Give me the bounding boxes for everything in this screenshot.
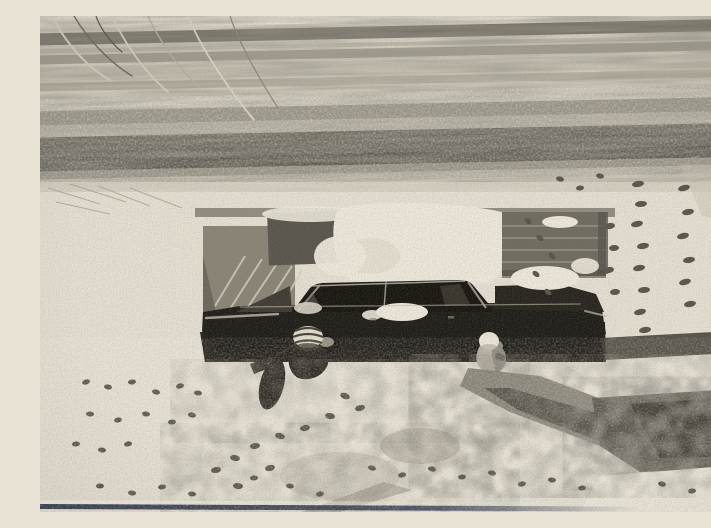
snow-fleck-overlay (40, 346, 711, 512)
photo-svg (40, 16, 711, 512)
snow-car-photograph: Overhead black-and-white photograph of a… (40, 16, 711, 512)
